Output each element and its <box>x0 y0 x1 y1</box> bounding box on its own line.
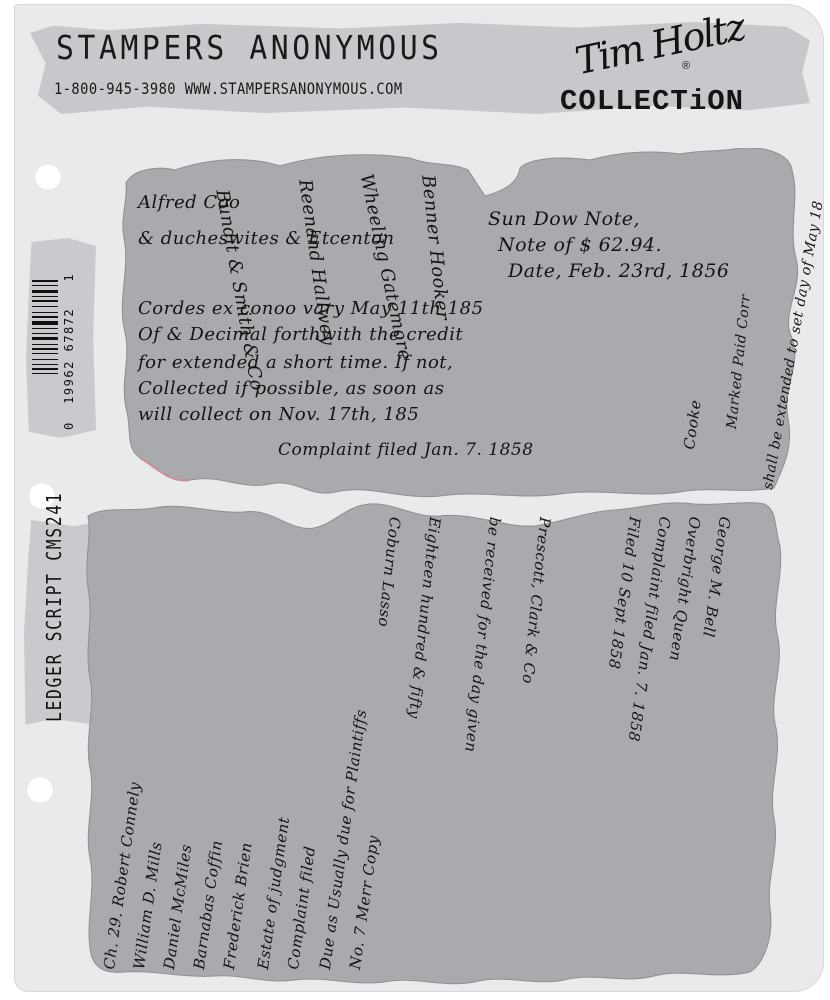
barcode-bar <box>32 359 58 360</box>
punch-hole <box>34 163 62 191</box>
barcode-lead-digit: 0 <box>62 421 76 430</box>
script-line: Collected if possible, as soon as <box>138 378 444 399</box>
barcode-bar <box>32 368 58 370</box>
barcode-bar <box>32 316 58 318</box>
punch-hole <box>26 776 54 804</box>
barcode-bar <box>32 373 58 374</box>
barcode-bar <box>32 306 58 307</box>
ledger-script-stamp-top: Alfred Coo& ducheswites & EtcentonCordes… <box>120 148 810 500</box>
script-line: Complaint filed Jan. 7. 1858 <box>278 440 534 460</box>
barcode-bar <box>32 321 58 325</box>
barcode-bar <box>32 364 58 365</box>
barcode-bar <box>32 300 58 302</box>
script-line: Sun Dow Note, <box>488 208 640 230</box>
brand-name: STAMPERS ANONYMOUS <box>56 28 443 67</box>
script-line: will collect on Nov. 17th, 185 <box>138 404 419 425</box>
barcode-digits: 19962 67872 <box>62 308 76 404</box>
script-line: Date, Feb. 23rd, 1856 <box>508 260 730 282</box>
barcode-bar <box>32 333 58 334</box>
contact-line: 1-800-945-3980 WWW.STAMPERSANONYMOUS.COM <box>54 79 403 98</box>
registered-mark: ® <box>682 60 690 72</box>
barcode-bar <box>32 290 58 293</box>
barcode-check-digit: 1 <box>62 273 76 282</box>
ledger-script-stamp-bottom: Ch. 29. Robert ConnelyWilliam D. MillsDa… <box>84 498 784 988</box>
script-line: Note of $ 62.94. <box>498 234 662 256</box>
script-line: & ducheswites & Etcenton <box>138 228 395 249</box>
barcode-bar <box>32 285 58 286</box>
barcode-bar <box>32 312 58 313</box>
barcode-bar <box>32 344 58 345</box>
barcode-bar <box>32 328 58 329</box>
barcode-bar <box>32 280 58 282</box>
phone-number: 1-800-945-3980 <box>54 79 176 98</box>
barcode-bar <box>32 337 58 340</box>
barcode-bar <box>32 353 58 354</box>
barcode-bar <box>32 296 58 297</box>
barcode-bar <box>32 348 58 350</box>
website: WWW.STAMPERSANONYMOUS.COM <box>185 79 403 98</box>
script-line: Of & Decimal forthwith the credit <box>138 324 463 345</box>
barcode <box>32 280 58 420</box>
collection-label: COLLECTiON <box>560 85 744 118</box>
